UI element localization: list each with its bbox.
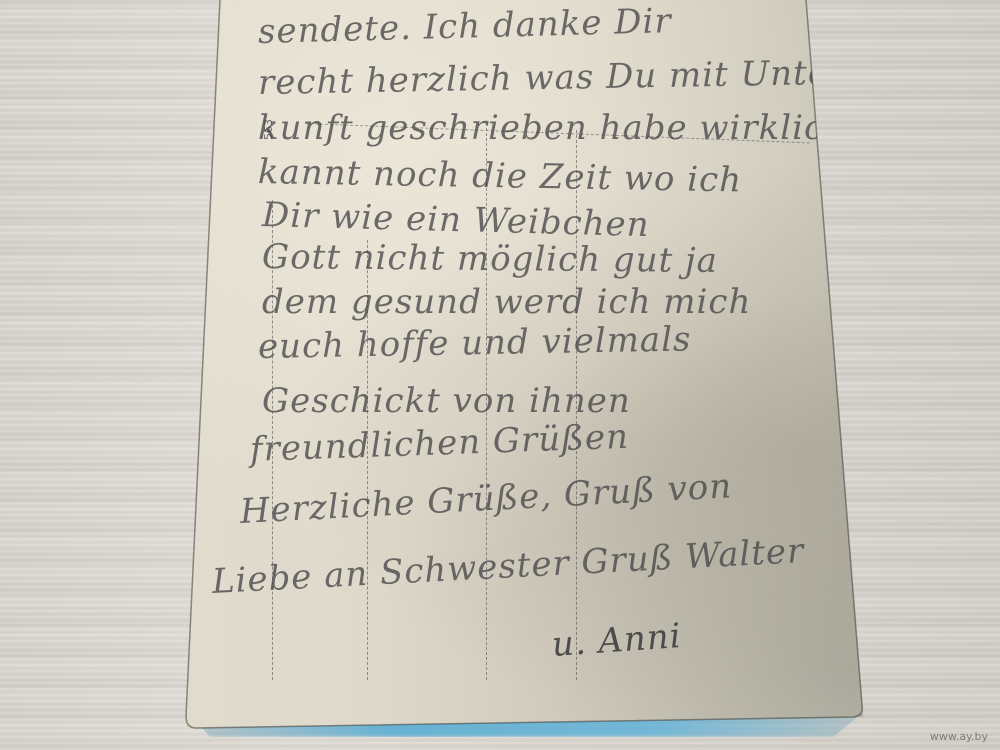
handwriting-line: euch hoffe und vielmals: [258, 319, 692, 367]
handwriting-line: kunft geschrieben habe wirklich: [258, 108, 847, 148]
handwriting-line: dem gesund werd ich mich: [262, 282, 751, 322]
handwriting-line: Geschickt von ihnen: [262, 381, 631, 421]
handwriting-line: Liebe an Schwester Gruß Walter: [211, 531, 805, 602]
signature: u. Anni: [551, 616, 683, 665]
handwriting-line: kannt noch die Zeit wo ich: [258, 152, 743, 200]
handwriting-line: Gott nicht möglich gut ja: [262, 237, 718, 281]
watermark: www.ay.by: [930, 730, 988, 743]
postcard: 563 sendete. Ich danke Dir recht herzlic…: [0, 0, 1000, 750]
handwriting-line: sendete. Ich danke Dir: [257, 1, 672, 52]
handwriting-line: recht herzlich was Du mit Unter-: [258, 53, 859, 103]
handwriting-line: freundlichen Grüßen: [249, 417, 629, 470]
